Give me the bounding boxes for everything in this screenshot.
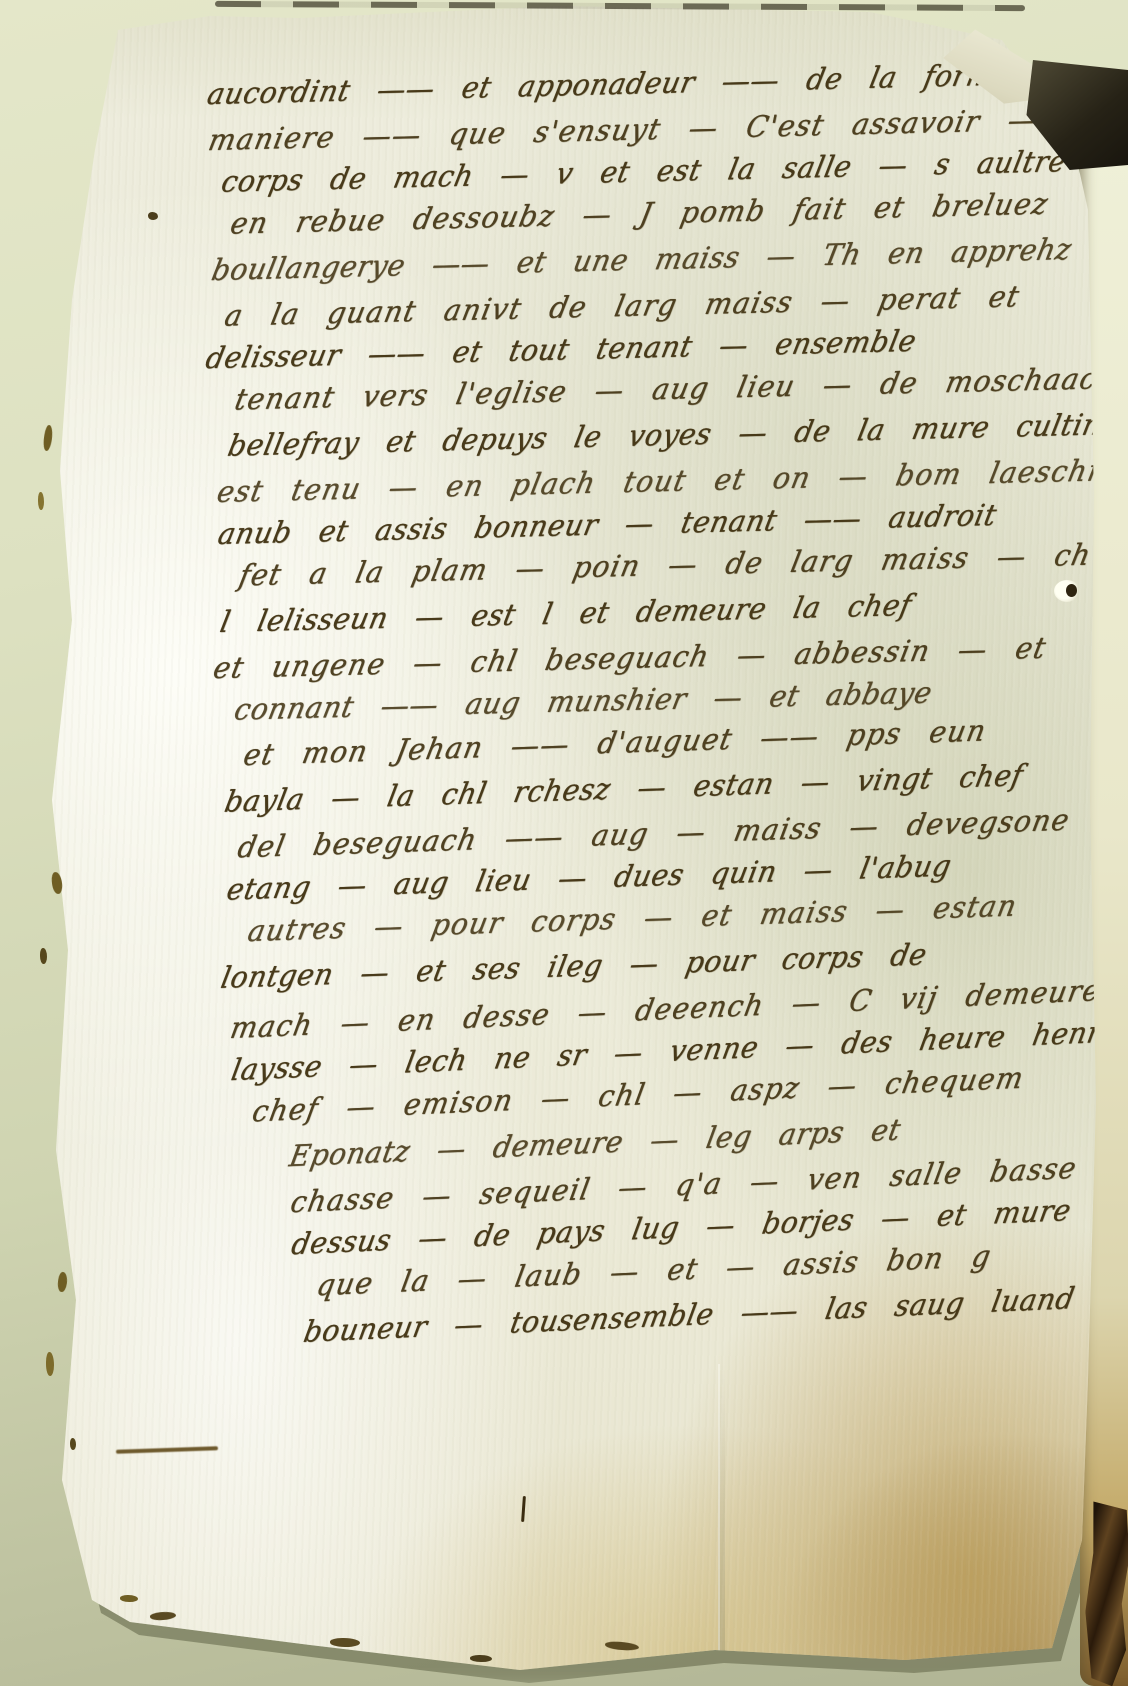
edge-speck <box>42 425 54 452</box>
edge-speck <box>38 492 44 510</box>
manuscript-text-block: aucordint —— et apponadeur —— de la form… <box>196 52 1107 1349</box>
edge-speck <box>330 1638 360 1647</box>
manuscript-page: aucordint —— et apponadeur —— de la form… <box>26 4 1100 1676</box>
paper-crease <box>718 1364 725 1664</box>
edge-speck <box>46 1352 54 1376</box>
edge-speck <box>40 948 47 964</box>
manuscript-photo: aucordint —— et apponadeur —— de la form… <box>0 0 1128 1686</box>
edge-speck <box>148 212 158 220</box>
edge-speck <box>70 1438 76 1450</box>
edge-speck <box>57 1272 68 1293</box>
worm-hole-shadow <box>1066 584 1077 597</box>
margin-dash-mark <box>116 1446 218 1454</box>
edge-speck <box>470 1655 492 1662</box>
edge-speck <box>120 1595 138 1602</box>
worm-hole <box>1054 580 1080 602</box>
